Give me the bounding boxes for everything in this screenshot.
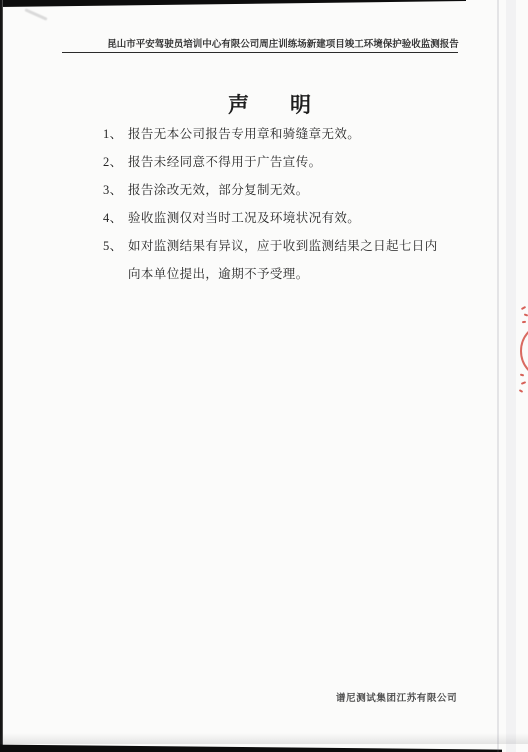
statement-number: 4、	[103, 204, 128, 232]
title-char-second: 明	[290, 93, 312, 117]
footer-company-name: 谱尼测试集团江苏有限公司	[336, 693, 457, 706]
statement-item-3: 3、 报告涂改无效，部分复制无效。	[103, 176, 471, 204]
seal-text-mark	[524, 313, 528, 316]
scan-edge-bottom	[0, 744, 502, 752]
statement-item-5: 5、 如对监测结果有异议，应于收到监测结果之日起七日内向本单位提出，逾期不予受理…	[103, 232, 471, 288]
statement-item-1: 1、 报告无本公司报告专用章和骑缝章无效。	[103, 120, 471, 148]
title-char-first: 声	[228, 93, 250, 117]
statement-number: 5、	[103, 232, 128, 288]
scanned-document-page: 昆山市平安驾驶员培训中心有限公司周庄训练场新建项目竣工环境保护验收监测报告 声明…	[0, 0, 528, 752]
seal-text-mark	[519, 389, 523, 393]
statement-list: 1、 报告无本公司报告专用章和骑缝章无效。 2、 报告未经同意不得用于广告宣传。…	[103, 120, 471, 288]
seal-text-mark	[521, 381, 526, 385]
statement-item-2: 2、 报告未经同意不得用于广告宣传。	[103, 148, 471, 176]
statement-item-4: 4、 验收监测仅对当时工况及环境状况有效。	[103, 204, 471, 232]
scan-edge-top	[0, 0, 466, 7]
statement-text: 报告涂改无效，部分复制无效。	[128, 176, 309, 204]
seal-text-mark	[522, 321, 526, 324]
scan-edge-left	[0, 0, 3, 752]
statement-text: 验收监测仅对当时工况及环境状况有效。	[128, 204, 360, 232]
seal-arc	[520, 322, 528, 380]
seal-text-mark	[520, 374, 524, 377]
paper-bottom-shadow	[0, 733, 528, 744]
header-underline	[62, 52, 458, 53]
statement-text: 如对监测结果有异议，应于收到监测结果之日起七日内向本单位提出，逾期不予受理。	[128, 232, 448, 288]
seal-text-mark	[521, 306, 526, 310]
statement-text: 报告无本公司报告专用章和骑缝章无效。	[128, 120, 360, 148]
statement-number: 3、	[103, 176, 128, 204]
scan-smudge-mark	[24, 8, 47, 21]
running-header: 昆山市平安驾驶员培训中心有限公司周庄训练场新建项目竣工环境保护验收监测报告	[0, 40, 528, 51]
statement-text: 报告未经同意不得用于广告宣传。	[128, 148, 322, 176]
statement-number: 1、	[103, 120, 128, 148]
statement-number: 2、	[103, 148, 128, 176]
page-title: 声明	[6, 93, 528, 117]
